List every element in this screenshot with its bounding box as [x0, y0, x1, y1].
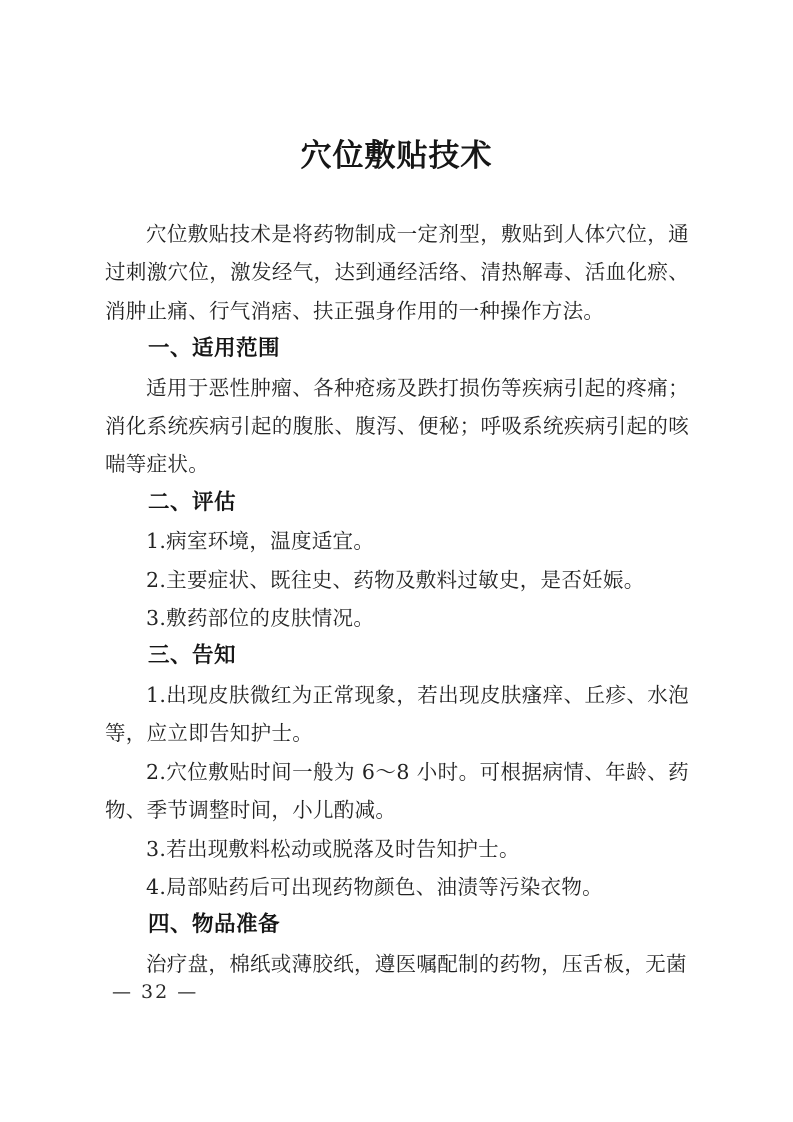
list-item: 1.出现皮肤微红为正常现象，若出现皮肤瘙痒、丘疹、水泡等，应立即告知护士。	[105, 676, 689, 753]
list-item: 2.主要症状、既往史、药物及敷料过敏史，是否妊娠。	[105, 561, 689, 599]
list-item: 2.穴位敷贴时间一般为 6～8 小时。可根据病情、年龄、药物、季节调整时间，小儿…	[105, 753, 689, 830]
section-heading-assessment: 二、评估	[105, 484, 689, 522]
list-item: 3.敷药部位的皮肤情况。	[105, 599, 689, 637]
paragraph: 适用于恶性肿瘤、各种疮疡及跌打损伤等疾病引起的疼痛；消化系统疾病引起的腹胀、腹泻…	[105, 369, 689, 484]
list-item: 1.病室环境，温度适宜。	[105, 522, 689, 560]
list-item: 3.若出现敷料松动或脱落及时告知护士。	[105, 830, 689, 868]
document-title: 穴位敷贴技术	[0, 130, 793, 175]
list-item: 4.局部贴药后可出现药物颜色、油渍等污染衣物。	[105, 868, 689, 906]
section-heading-scope: 一、适用范围	[105, 330, 689, 368]
document-page: 穴位敷贴技术 穴位敷贴技术是将药物制成一定剂型，敷贴到人体穴位，通过刺激穴位，激…	[0, 0, 793, 1122]
document-body: 穴位敷贴技术是将药物制成一定剂型，敷贴到人体穴位，通过刺激穴位，激发经气，达到通…	[105, 215, 689, 983]
intro-paragraph: 穴位敷贴技术是将药物制成一定剂型，敷贴到人体穴位，通过刺激穴位，激发经气，达到通…	[105, 215, 689, 330]
section-heading-inform: 三、告知	[105, 637, 689, 675]
paragraph: 治疗盘，棉纸或薄胶纸，遵医嘱配制的药物，压舌板，无菌	[105, 945, 689, 983]
section-heading-preparation: 四、物品准备	[105, 906, 689, 944]
page-number: — 32 —	[112, 981, 198, 1003]
